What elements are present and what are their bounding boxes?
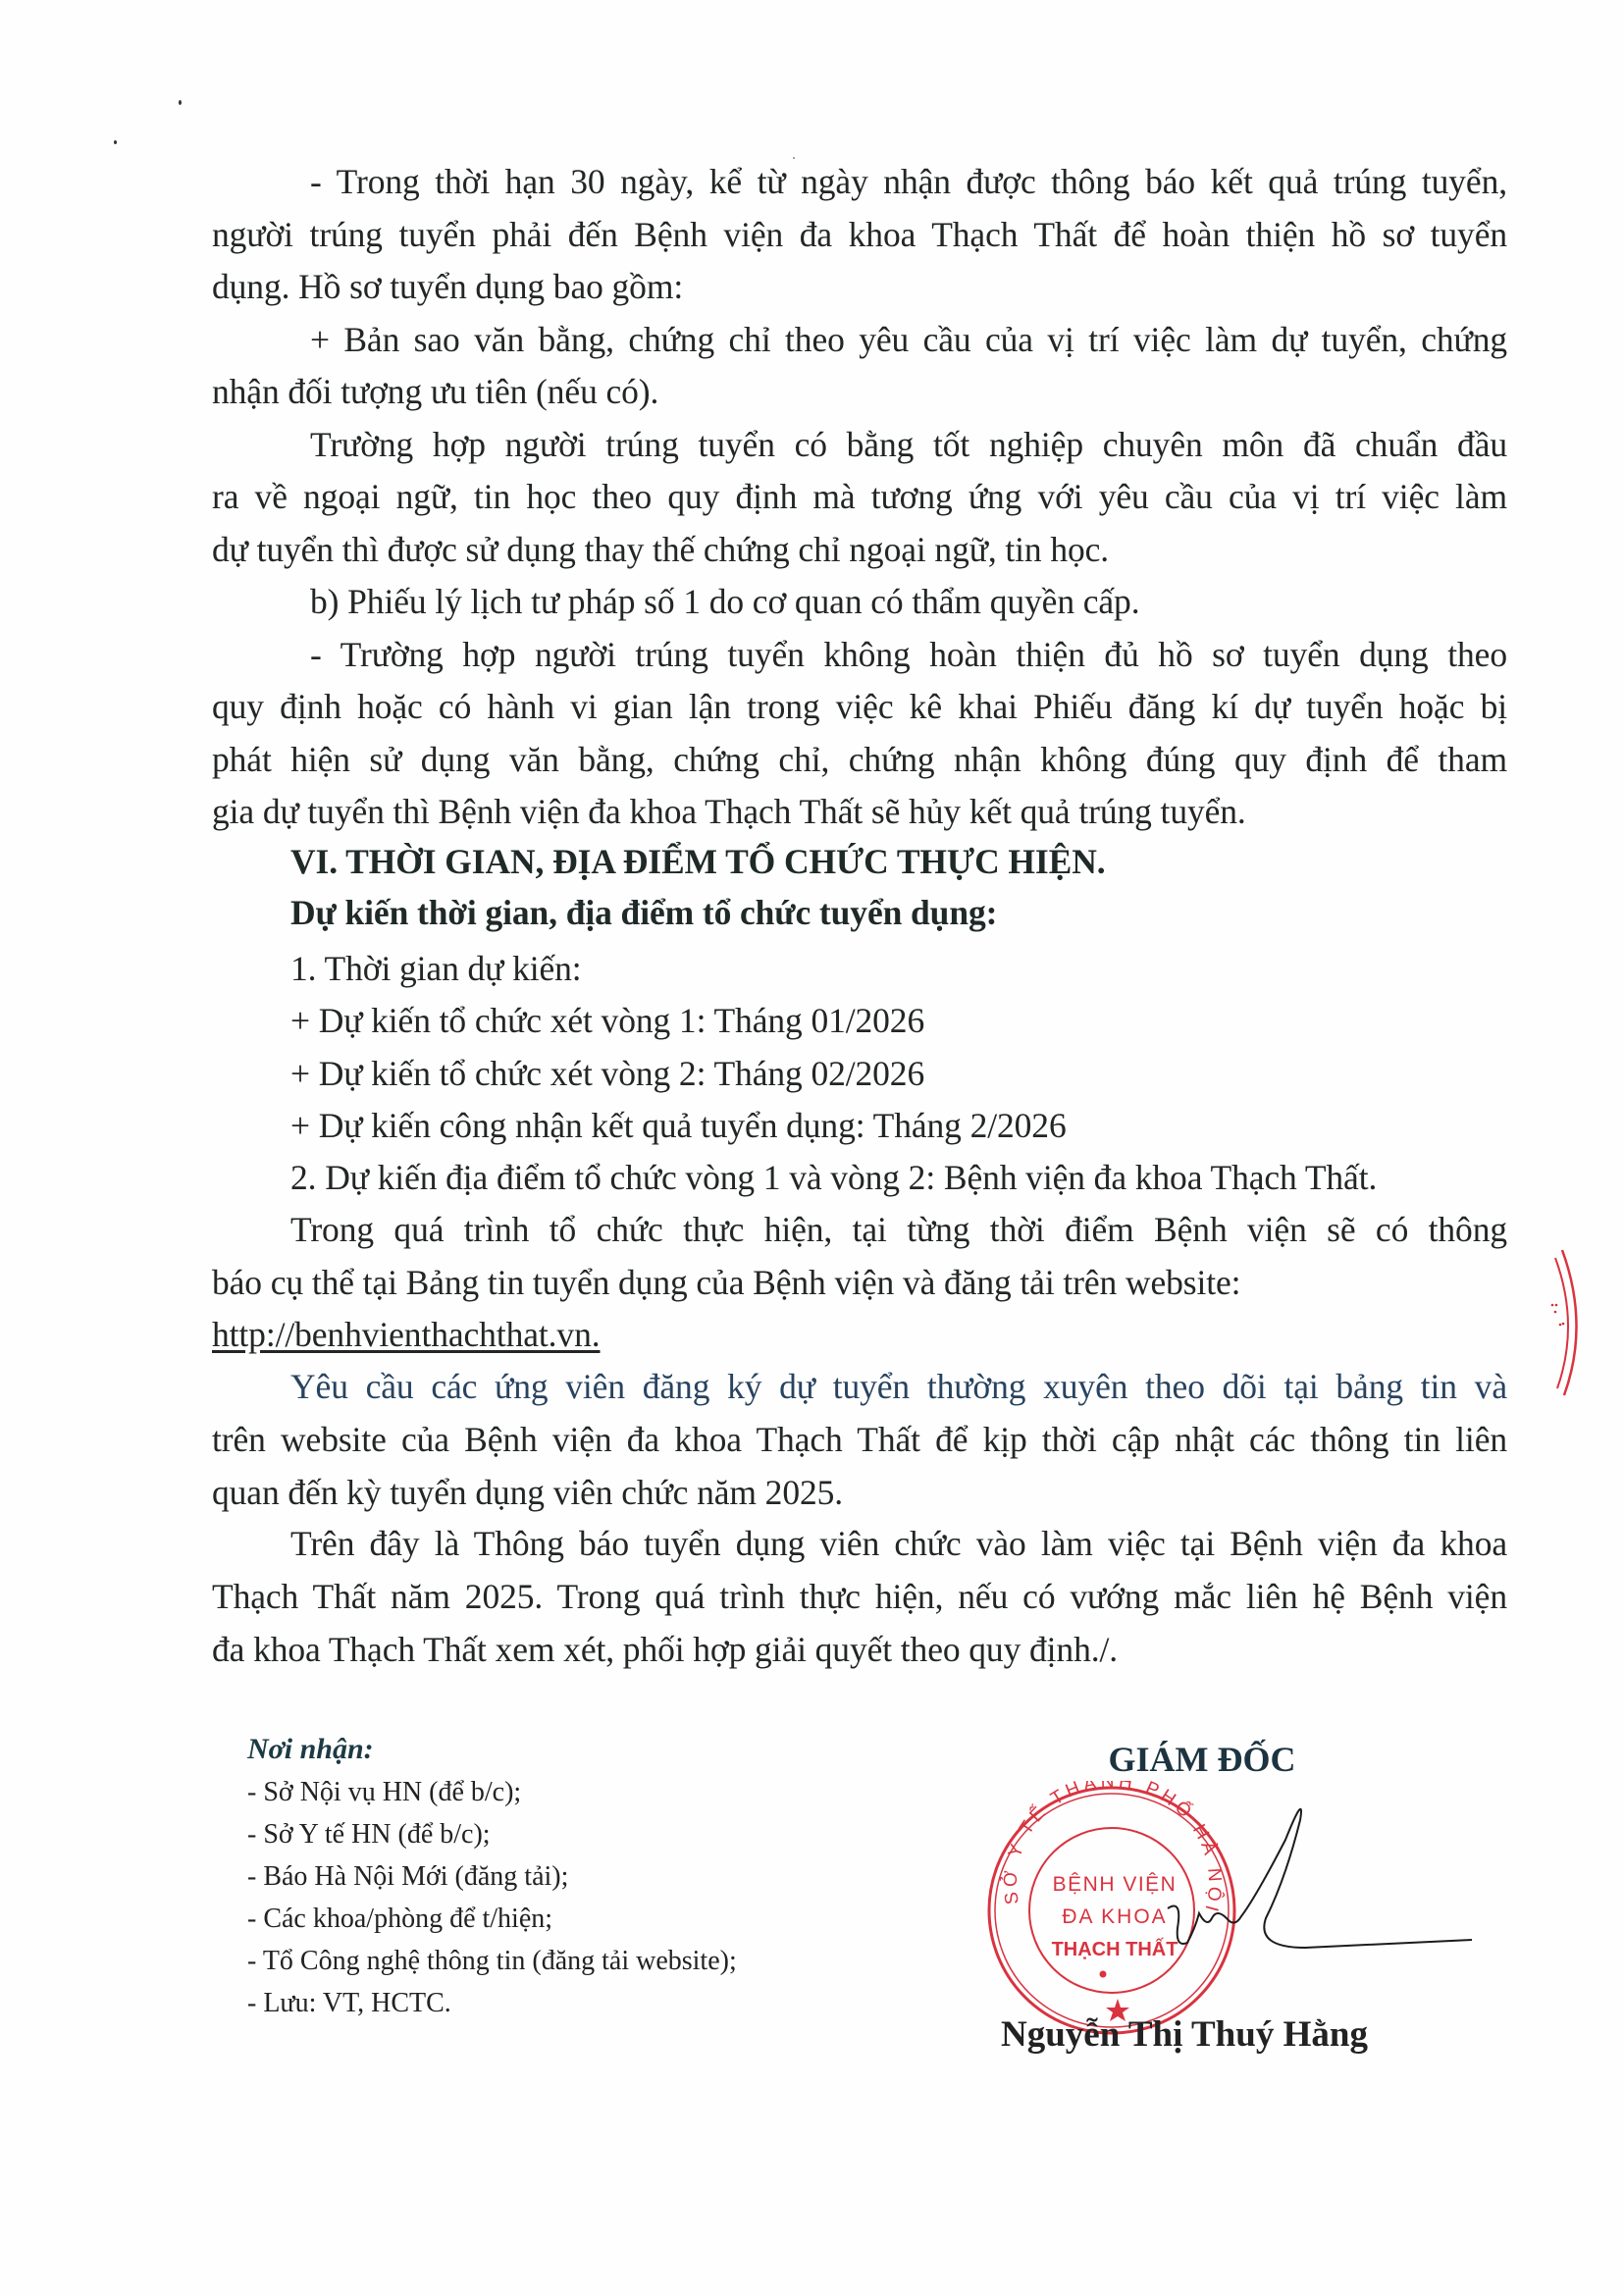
svg-text:BỆNH VIỆN: BỆNH VIỆN — [1053, 1873, 1178, 1896]
recipient-item: - Các khoa/phòng để t/hiện; — [247, 1898, 737, 1940]
body-line: ra về ngoại ngữ, tin học theo quy định m… — [212, 477, 1507, 516]
body-line: phát hiện sử dụng văn bằng, chứng chỉ, c… — [212, 740, 1507, 779]
recipient-item: - Báo Hà Nội Mới (đăng tải); — [247, 1855, 737, 1898]
body-line: b) Phiếu lý lịch tư pháp số 1 do cơ quan… — [310, 582, 1507, 621]
body-line: người trúng tuyển phải đến Bệnh viện đa … — [212, 215, 1507, 254]
body-line: Trên đây là Thông báo tuyển dụng viên ch… — [290, 1524, 1507, 1563]
body-line: + Dự kiến tổ chức xét vòng 1: Tháng 01/2… — [290, 1001, 1507, 1040]
body-line: + Dự kiến công nhận kết quả tuyển dụng: … — [290, 1106, 1507, 1145]
body-line: dự tuyển thì được sử dụng thay thế chứng… — [212, 530, 1507, 569]
body-line: + Dự kiến tổ chức xét vòng 2: Tháng 02/2… — [290, 1054, 1507, 1093]
recipients-block: Nơi nhận: - Sở Nội vụ HN (để b/c);- Sở Y… — [247, 1730, 737, 2024]
section-subheading: Dự kiến thời gian, địa điểm tổ chức tuyể… — [290, 893, 1507, 932]
body-line: trên website của Bệnh viện đa khoa Thạch… — [212, 1420, 1507, 1459]
body-line: 2. Dự kiến địa điểm tổ chức vòng 1 và vò… — [290, 1158, 1507, 1197]
recipients-title: Nơi nhận: — [247, 1730, 737, 1771]
body-line: quy định hoặc có hành vi gian lận trong … — [212, 687, 1507, 726]
website-link[interactable]: http://benhvienthachthat.vn. — [212, 1315, 1507, 1354]
svg-text:SỞ Y TẾ THÀNH PHỐ HÀ NỘI: SỞ Y TẾ THÀNH PHỐ HÀ NỘI — [1000, 1781, 1227, 1917]
svg-text:ĐA KHOA: ĐA KHOA — [1062, 1905, 1167, 1928]
recipient-item: - Lưu: VT, HCTC. — [247, 1982, 737, 2024]
signature-title: GIÁM ĐỐC — [1089, 1739, 1315, 1780]
signer-name: Nguyễn Thị Thuý Hằng — [1001, 2013, 1368, 2056]
body-line: + Bản sao văn bằng, chứng chỉ theo yêu c… — [310, 320, 1507, 359]
scan-speck — [793, 157, 795, 159]
body-line: - Trường hợp người trúng tuyển không hoà… — [310, 635, 1507, 674]
section-heading: VI. THỜI GIAN, ĐỊA ĐIỂM TỔ CHỨC THỰC HIỆ… — [290, 842, 1507, 881]
body-line: gia dự tuyển thì Bệnh viện đa khoa Thạch… — [212, 792, 1507, 831]
document-page: - Trong thời hạn 30 ngày, kể từ ngày nhậ… — [0, 0, 1623, 2296]
recipient-item: - Sở Nội vụ HN (để b/c); — [247, 1771, 737, 1813]
scan-speck — [179, 100, 182, 105]
svg-text:THẠCH THẤT: THẠCH THẤT — [1052, 1938, 1178, 1960]
body-line: báo cụ thể tại Bảng tin tuyển dụng của B… — [212, 1263, 1507, 1302]
body-line: Trường hợp người trúng tuyển có bằng tốt… — [310, 425, 1507, 464]
recipients-list: - Sở Nội vụ HN (để b/c);- Sở Y tế HN (để… — [247, 1771, 737, 2024]
body-line: 1. Thời gian dự kiến: — [290, 949, 1507, 988]
recipient-item: - Sở Y tế HN (để b/c); — [247, 1813, 737, 1855]
body-line: Trong quá trình tổ chức thực hiện, tại t… — [290, 1210, 1507, 1249]
body-line: Thạch Thất năm 2025. Trong quá trình thự… — [212, 1577, 1507, 1616]
body-line: dụng. Hồ sơ tuyển dụng bao gồm: — [212, 267, 1507, 306]
body-line: đa khoa Thạch Thất xem xét, phối hợp giả… — [212, 1630, 1507, 1669]
body-line: Yêu cầu các ứng viên đăng ký dự tuyển th… — [290, 1367, 1507, 1406]
scan-speck — [114, 140, 117, 144]
partial-stamp-icon — [1550, 1246, 1599, 1403]
recipient-item: - Tổ Công nghệ thông tin (đăng tải websi… — [247, 1940, 737, 1982]
body-line: quan đến kỳ tuyển dụng viên chức năm 202… — [212, 1473, 1507, 1512]
body-line: - Trong thời hạn 30 ngày, kể từ ngày nhậ… — [310, 162, 1507, 201]
body-line: nhận đối tượng ưu tiên (nếu có). — [212, 372, 1507, 411]
